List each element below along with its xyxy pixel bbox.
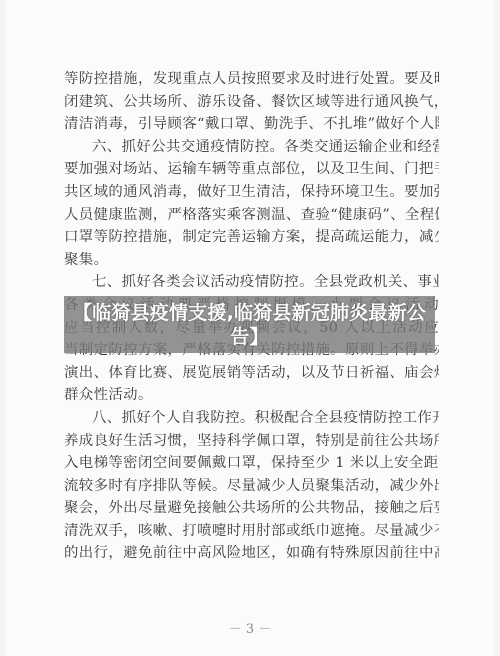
document-line: 聚会，外出尽量避免接触公共场所的公共物品，接触之后要及时 bbox=[64, 497, 439, 520]
document-line: 的出行，避免前往中高风险地区，如确有特殊原因前往中高风险 bbox=[64, 542, 439, 565]
document-line: 清洁消毒，引导顾客“戴口罩、勤洗手、不扎堆”做好个人防护。 bbox=[64, 113, 439, 136]
document-line: 共区域的通风消毒，做好卫生清洁，保持环境卫生。要加强从业 bbox=[64, 181, 439, 204]
document-line: 人员健康监测，严格落实乘客测温、查验“健康码”、全程佩戴 bbox=[64, 204, 439, 227]
title-banner: 【临猗县疫情支援,临猗县新冠肺炎最新公告】 bbox=[64, 296, 435, 353]
page-number: － 3 － bbox=[0, 618, 500, 637]
document-line: 等防控措施，发现重点人员按照要求及时进行处置。要及时对密 bbox=[64, 68, 439, 91]
document-line: 要加强对场站、运输车辆等重点部位，以及卫生间、门把手等公 bbox=[64, 158, 439, 181]
document-line: 清洗双手，咳嗽、打喷嚏时用肘部或纸巾遮掩。尽量减少不必要 bbox=[64, 520, 439, 543]
document-line: 口罩等防控措施，制定完善运输方案，提高疏运能力，减少旅客 bbox=[64, 226, 439, 249]
section-six-heading-line: 六、抓好公共交通疫情防控。各类交通运输企业和经营主体 bbox=[64, 136, 439, 159]
document-line: 群众性活动。 bbox=[64, 384, 439, 407]
section-eight-heading-line: 八、抓好个人自我防控。积极配合全县疫情防控工作开展， bbox=[64, 407, 439, 430]
document-line: 养成良好生活习惯，坚持科学佩口罩，特别是前往公共场所、进 bbox=[64, 430, 439, 453]
document-line: 演出、体育比赛、展览展销等活动，以及节日祈福、庙会灯会等 bbox=[64, 362, 439, 385]
document-line: 聚集。 bbox=[64, 249, 439, 272]
document-line: 入电梯等密闭空间要佩戴口罩，保持至少 1 米以上安全距离，客 bbox=[64, 452, 439, 475]
banner-title: 【临猗县疫情支援,临猗县新冠肺炎最新公告】 bbox=[64, 301, 435, 349]
section-seven-heading-line: 七、抓好各类会议活动疫情防控。全县党政机关、事业单位、 bbox=[64, 271, 439, 294]
document-line: 流较多时有序排队等候。尽量减少人员聚集活动，减少外出聚餐、 bbox=[64, 475, 439, 498]
document-line: 闭建筑、公共场所、游乐设备、餐饮区域等进行通风换气，加强 bbox=[64, 91, 439, 114]
